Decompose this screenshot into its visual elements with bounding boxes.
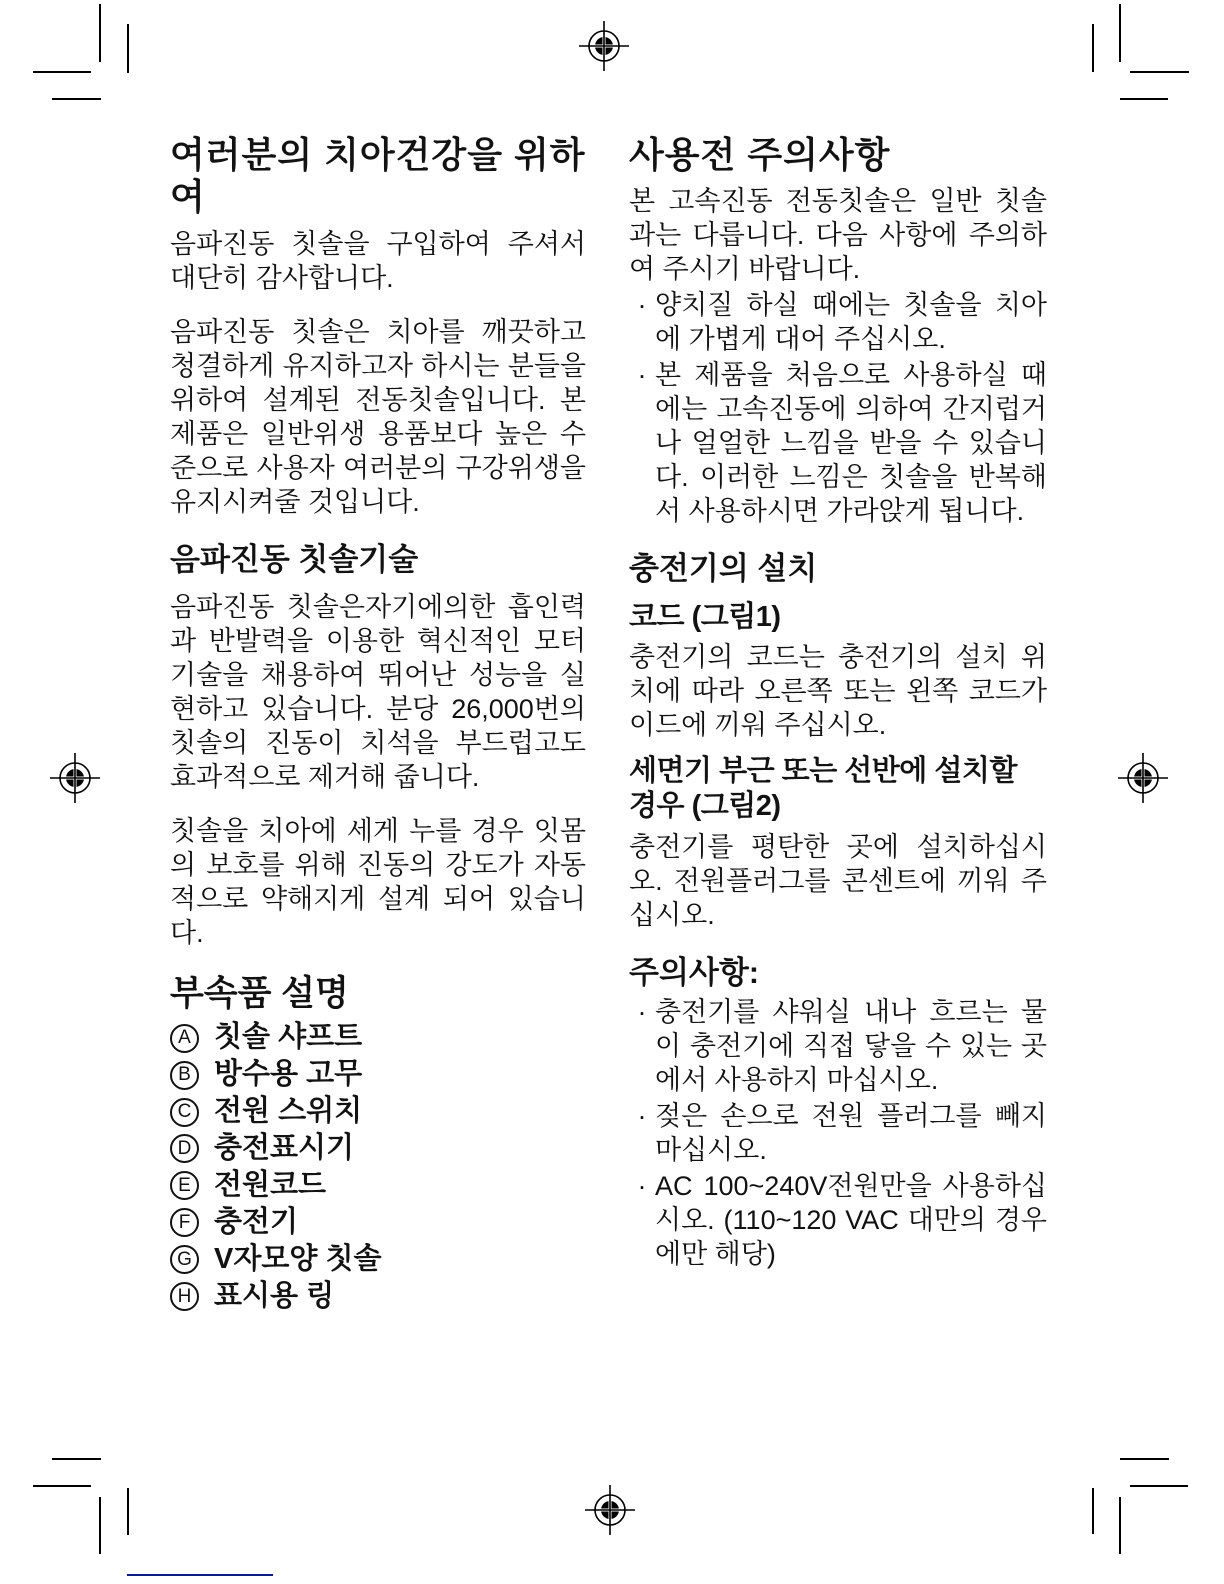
bullet-item: · 양치질 하실 때에는 칫솔을 치아에 가볍게 대어 주십시오. <box>629 288 1047 356</box>
crop-mark <box>1120 98 1168 100</box>
list-item: C 전원 스위치 <box>170 1096 586 1128</box>
crop-mark <box>1130 1485 1188 1487</box>
registration-target-icon <box>49 752 101 804</box>
bullet-dot: · <box>629 358 655 528</box>
tech-paragraph-2: 칫솔을 치아에 세게 누를 경우 잇몸의 보호를 위해 진동의 강도가 자동적으… <box>170 814 586 950</box>
circled-letter: C <box>170 1098 199 1127</box>
accessory-label: 충전표시기 <box>214 1133 354 1165</box>
list-item: G V자모양 칫솔 <box>170 1244 586 1276</box>
manual-page: 여러분의 치아건강을 위하여 음파진동 칫솔을 구입하여 주셔서 대단히 감사합… <box>0 0 1224 1584</box>
accessory-label: 칫솔 샤프트 <box>214 1022 362 1054</box>
charger-heading: 충전기의 설치 <box>629 550 1047 587</box>
crop-mark <box>99 1497 101 1554</box>
page-content: 여러분의 치아건강을 위하여 음파진동 칫솔을 구입하여 주셔서 대단히 감사합… <box>170 134 1047 1318</box>
accessories-heading: 부속품 설명 <box>170 974 586 1014</box>
accessory-label: 전원 스위치 <box>214 1096 362 1128</box>
bullet-item: · AC 100~240V전원만을 사용하십시오. (110~120 VAC 대… <box>629 1169 1047 1271</box>
bullet-dot: · <box>629 995 655 1097</box>
circled-letter: F <box>170 1208 199 1237</box>
crop-mark <box>33 71 91 73</box>
precaution-intro: 본 고속진동 전동칫솔은 일반 칫솔과는 다릅니다. 다음 사항에 주의하여 주… <box>629 184 1047 286</box>
circled-letter: B <box>170 1061 199 1090</box>
bullet-item: · 충전기를 샤워실 내나 흐르는 물이 충전기에 직접 닿을 수 있는 곳에서… <box>629 995 1047 1097</box>
accessory-label: V자모양 칫솔 <box>214 1244 381 1276</box>
bullet-item: · 본 제품을 처음으로 사용하실 때에는 고속진동에 의하여 간지럽거나 얼얼… <box>629 358 1047 528</box>
tech-paragraph-1: 음파진동 칫솔은자기에의한 흡인력과 반발력을 이용한 혁신적인 모터기술을 채… <box>170 590 586 794</box>
registration-target-icon <box>1117 752 1169 804</box>
crop-mark <box>1130 71 1189 73</box>
circled-letter: A <box>170 1024 199 1053</box>
right-column: 사용전 주의사항 본 고속진동 전동칫솔은 일반 칫솔과는 다릅니다. 다음 사… <box>629 134 1047 1318</box>
accessory-label: 표시용 링 <box>214 1281 334 1313</box>
sink-paragraph: 충전기를 평탄한 곳에 설치하십시오. 전원플러그를 콘센트에 끼워 주십시오. <box>629 830 1047 932</box>
bullet-dot: · <box>629 288 655 356</box>
bullet-text: 충전기를 샤워실 내나 흐르는 물이 충전기에 직접 닿을 수 있는 곳에서 사… <box>655 995 1047 1097</box>
crop-mark <box>1092 1488 1094 1534</box>
registration-target-icon <box>578 20 630 72</box>
list-item: A 칫솔 샤프트 <box>170 1022 586 1054</box>
crop-mark <box>1119 4 1121 62</box>
crop-mark <box>1119 1497 1121 1554</box>
list-item: B 방수용 고무 <box>170 1059 586 1091</box>
circled-letter: H <box>170 1282 199 1311</box>
right-title: 사용전 주의사항 <box>629 134 1047 176</box>
accessory-label: 방수용 고무 <box>214 1059 362 1091</box>
left-column: 여러분의 치아건강을 위하여 음파진동 칫솔을 구입하여 주셔서 대단히 감사합… <box>170 134 586 1318</box>
registration-target-icon <box>584 1484 636 1536</box>
bullet-dot: · <box>629 1099 655 1167</box>
bullet-dot: · <box>629 1169 655 1271</box>
accessories-list: A 칫솔 샤프트 B 방수용 고무 C 전원 스위치 D 충전표시기 E 전 <box>170 1022 586 1312</box>
crop-mark <box>127 1488 129 1535</box>
list-item: F 충전기 <box>170 1207 586 1239</box>
circled-letter: E <box>170 1171 199 1200</box>
crop-mark <box>1120 1458 1169 1460</box>
accessory-label: 충전기 <box>214 1207 298 1239</box>
bullet-text: AC 100~240V전원만을 사용하십시오. (110~120 VAC 대만의… <box>655 1169 1047 1271</box>
crop-mark <box>33 1485 91 1487</box>
caution-heading: 주의사항: <box>629 954 1047 991</box>
list-item: H 표시용 링 <box>170 1281 586 1313</box>
bullet-text: 본 제품을 처음으로 사용하실 때에는 고속진동에 의하여 간지럽거나 얼얼한 … <box>655 358 1047 528</box>
sink-heading: 세면기 부근 또는 선반에 설치할 경우 (그림2) <box>629 754 1047 824</box>
accessory-label: 전원코드 <box>214 1170 326 1202</box>
circled-letter: G <box>170 1245 199 1274</box>
crop-mark <box>99 4 101 62</box>
bottom-guide-line <box>127 1574 273 1576</box>
circled-letter: D <box>170 1134 199 1163</box>
intro-paragraph-2: 음파진동 칫솔은 치아를 깨끗하고 청결하게 유지하고자 하시는 분들을 위하여… <box>170 315 586 519</box>
crop-mark <box>52 98 101 100</box>
list-item: D 충전표시기 <box>170 1133 586 1165</box>
crop-mark <box>1092 24 1094 72</box>
bullet-text: 젖은 손으로 전원 플러그를 빼지 마십시오. <box>655 1099 1047 1167</box>
crop-mark <box>52 1458 101 1460</box>
intro-paragraph-1: 음파진동 칫솔을 구입하여 주셔서 대단히 감사합니다. <box>170 227 586 295</box>
cord-heading: 코드 (그림1) <box>629 600 1047 635</box>
list-item: E 전원코드 <box>170 1170 586 1202</box>
crop-mark <box>127 24 129 73</box>
bullet-text: 양치질 하실 때에는 칫솔을 치아에 가볍게 대어 주십시오. <box>655 288 1047 356</box>
bullet-item: · 젖은 손으로 전원 플러그를 빼지 마십시오. <box>629 1099 1047 1167</box>
tech-heading: 음파진동 칫솔기술 <box>170 541 586 578</box>
cord-paragraph: 충전기의 코드는 충전기의 설치 위치에 따라 오른쪽 또는 왼쪽 코드가이드에… <box>629 640 1047 742</box>
left-title: 여러분의 치아건강을 위하여 <box>170 134 586 219</box>
